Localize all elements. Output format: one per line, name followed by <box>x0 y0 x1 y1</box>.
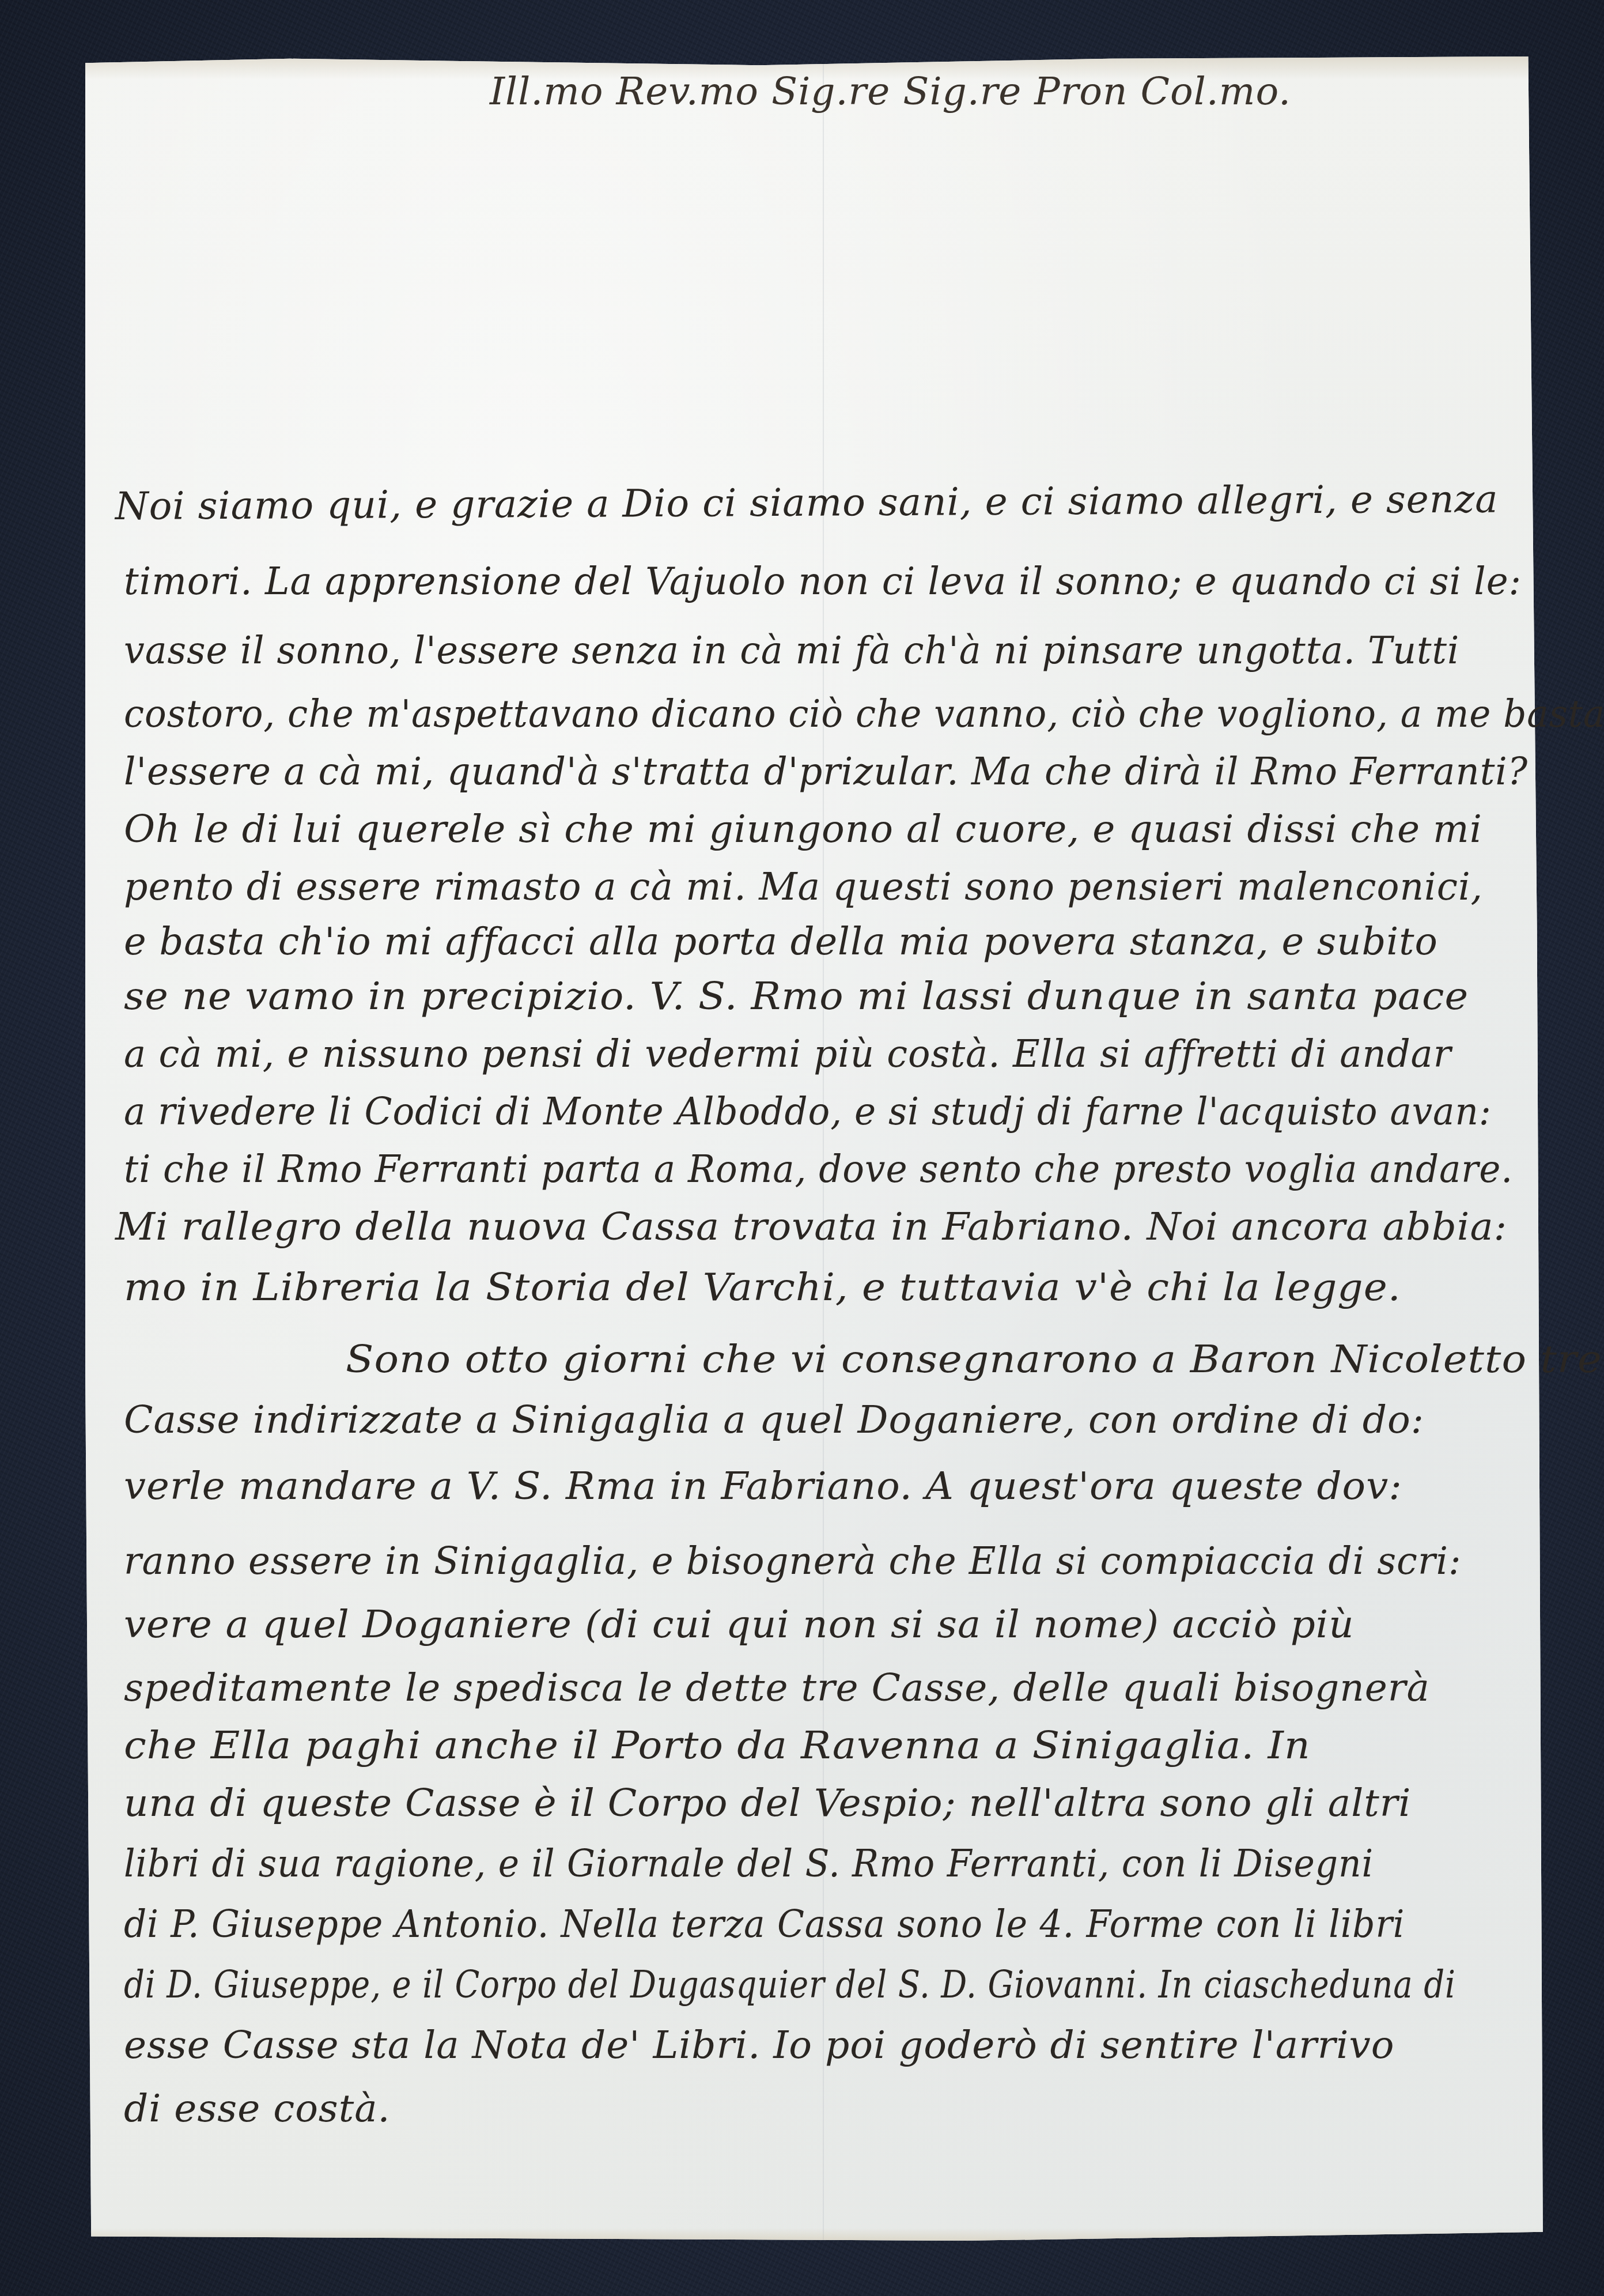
letter-line: timori. La apprensione del Vajuolo non c… <box>124 559 1522 603</box>
letter-line: di esse costà. <box>124 2086 391 2131</box>
letter-line: vasse il sonno, l'essere senza in cà mi … <box>124 628 1459 673</box>
letter-line: speditamente le spedisca le dette tre Ca… <box>124 1666 1430 1710</box>
letter-line: pento di essere rimasto a cà mi. Ma ques… <box>124 864 1483 909</box>
letter-line: l'essere a cà mi, quand'à s'tratta d'pri… <box>124 749 1528 794</box>
letter-line: Oh le di lui querele sì che mi giungono … <box>124 807 1482 851</box>
letter-line: Mi rallegro della nuova Cassa trovata in… <box>115 1204 1507 1249</box>
letter-line: Noi siamo qui, e grazie a Dio ci siamo s… <box>115 477 1499 528</box>
letter-line: verle mandare a V. S. Rma in Fabriano. A… <box>124 1464 1402 1508</box>
letter-line: se ne vamo in precipizio. V. S. Rmo mi l… <box>124 974 1469 1018</box>
letter-line: di D. Giuseppe, e il Corpo del Dugasquie… <box>124 1962 1456 2007</box>
letter-line: Sono otto giorni che vi consegnarono a B… <box>346 1337 1602 1381</box>
letter-line: Casse indirizzate a Sinigaglia a quel Do… <box>124 1398 1424 1442</box>
letter-line: di P. Giuseppe Antonio. Nella terza Cass… <box>124 1902 1405 1946</box>
letter-line: ti che il Rmo Ferranti parta a Roma, dov… <box>124 1147 1513 1191</box>
letter-line: a rivedere li Codici di Monte Alboddo, e… <box>124 1089 1492 1134</box>
letter-line: ranno essere in Sinigaglia, e bisognerà … <box>124 1539 1461 1583</box>
letter-salutation: Ill.mo Rev.mo Sig.re Sig.re Pron Col.mo. <box>490 69 1291 114</box>
letter-line: costoro, che m'aspettavano dicano ciò ch… <box>124 692 1604 736</box>
letter-line: una di queste Casse è il Corpo del Vespi… <box>124 1781 1411 1825</box>
letter-line: vere a quel Doganiere (di cui qui non si… <box>124 1602 1355 1647</box>
letter-line: e basta ch'io mi affacci alla porta dell… <box>124 919 1438 964</box>
paper-edge <box>85 2228 1549 2241</box>
letter-line: libri di sua ragione, e il Giornale del … <box>124 1841 1374 1886</box>
letter-line: mo in Libreria la Storia del Varchi, e t… <box>124 1265 1401 1309</box>
letter-line: a cà mi, e nissuno pensi di vedermi più … <box>124 1032 1451 1076</box>
letter-line: che Ella paghi anche il Porto da Ravenna… <box>124 1723 1311 1768</box>
letter-line: esse Casse sta la Nota de' Libri. Io poi… <box>124 2023 1394 2067</box>
